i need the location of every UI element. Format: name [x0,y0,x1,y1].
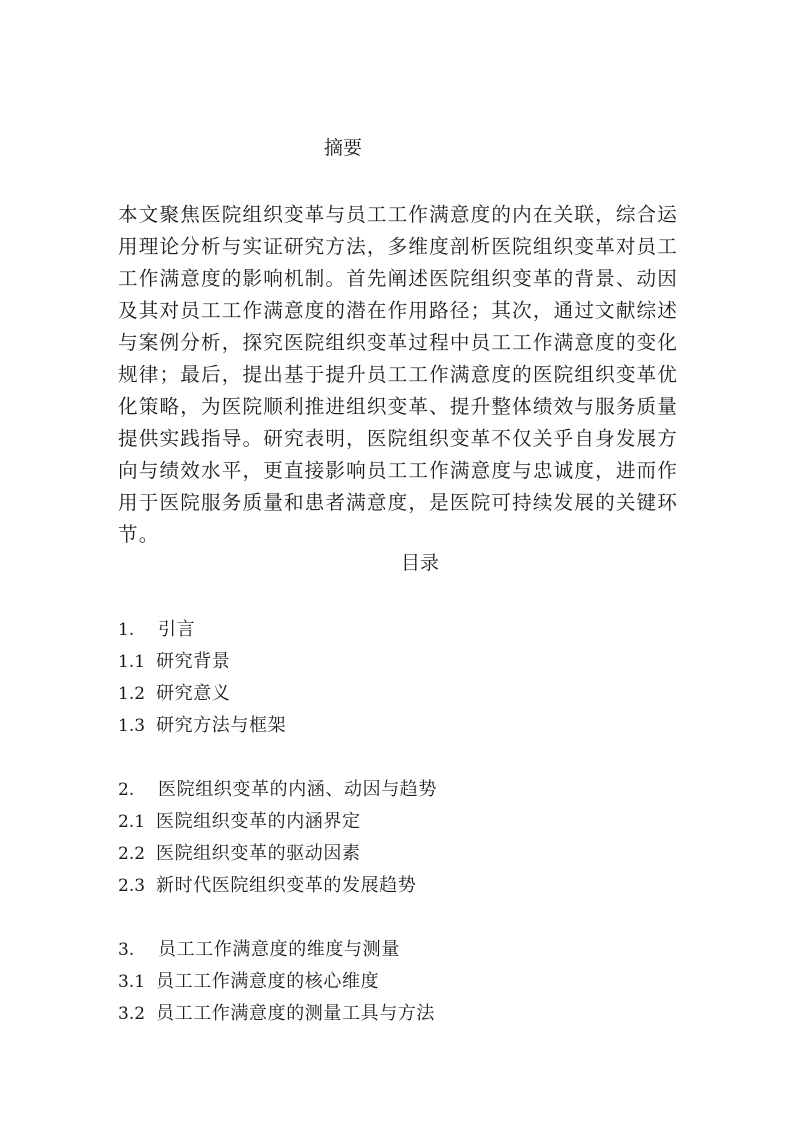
toc-label: 研究意义 [156,683,230,704]
toc-number: 3.2 [118,998,156,1030]
toc-section-2-3[interactable]: 2.3新时代医院组织变革的发展趋势 [118,870,638,902]
toc-number: 2.1 [118,806,156,838]
toc-label: 研究方法与框架 [156,715,286,736]
toc-number: 2.3 [118,870,156,902]
toc-number: 1.2 [118,678,156,710]
toc-label: 引言 [158,619,195,640]
toc-section-1-3[interactable]: 1.3研究方法与框架 [118,710,638,742]
table-of-contents: 1.引言 1.1研究背景 1.2研究意义 1.3研究方法与框架 2.医院组织变革… [118,614,638,1030]
toc-number: 2.2 [118,838,156,870]
toc-label: 员工工作满意度的维度与测量 [158,939,400,960]
toc-title: 目录 [401,551,439,575]
toc-number: 1. [118,614,158,646]
toc-section-2-2[interactable]: 2.2医院组织变革的驱动因素 [118,838,638,870]
toc-section-2-1[interactable]: 2.1医院组织变革的内涵界定 [118,806,638,838]
toc-label: 员工工作满意度的测量工具与方法 [156,1003,435,1024]
toc-chapter-3[interactable]: 3.员工工作满意度的维度与测量 [118,934,638,966]
toc-number: 3.1 [118,966,156,998]
toc-label: 员工工作满意度的核心维度 [156,971,379,992]
abstract-body: 本文聚焦医院组织变革与员工工作满意度的内在关联，综合运用理论分析与实证研究方法，… [118,199,678,551]
toc-chapter-1[interactable]: 1.引言 [118,614,638,646]
toc-label: 医院组织变革的驱动因素 [156,843,361,864]
toc-number: 1.1 [118,646,156,678]
toc-section-1-1[interactable]: 1.1研究背景 [118,646,638,678]
toc-number: 2. [118,774,158,806]
abstract-title: 摘要 [324,136,362,160]
toc-number: 3. [118,934,158,966]
toc-section-3-2[interactable]: 3.2员工工作满意度的测量工具与方法 [118,998,638,1030]
toc-spacer [118,742,638,774]
document-page: 摘要 本文聚焦医院组织变革与员工工作满意度的内在关联，综合运用理论分析与实证研究… [0,0,793,1122]
toc-chapter-2[interactable]: 2.医院组织变革的内涵、动因与趋势 [118,774,638,806]
toc-label: 医院组织变革的内涵界定 [156,811,361,832]
toc-spacer [118,902,638,934]
toc-section-3-1[interactable]: 3.1员工工作满意度的核心维度 [118,966,638,998]
toc-label: 新时代医院组织变革的发展趋势 [156,875,416,896]
toc-label: 研究背景 [156,651,230,672]
toc-section-1-2[interactable]: 1.2研究意义 [118,678,638,710]
toc-number: 1.3 [118,710,156,742]
toc-label: 医院组织变革的内涵、动因与趋势 [158,779,437,800]
